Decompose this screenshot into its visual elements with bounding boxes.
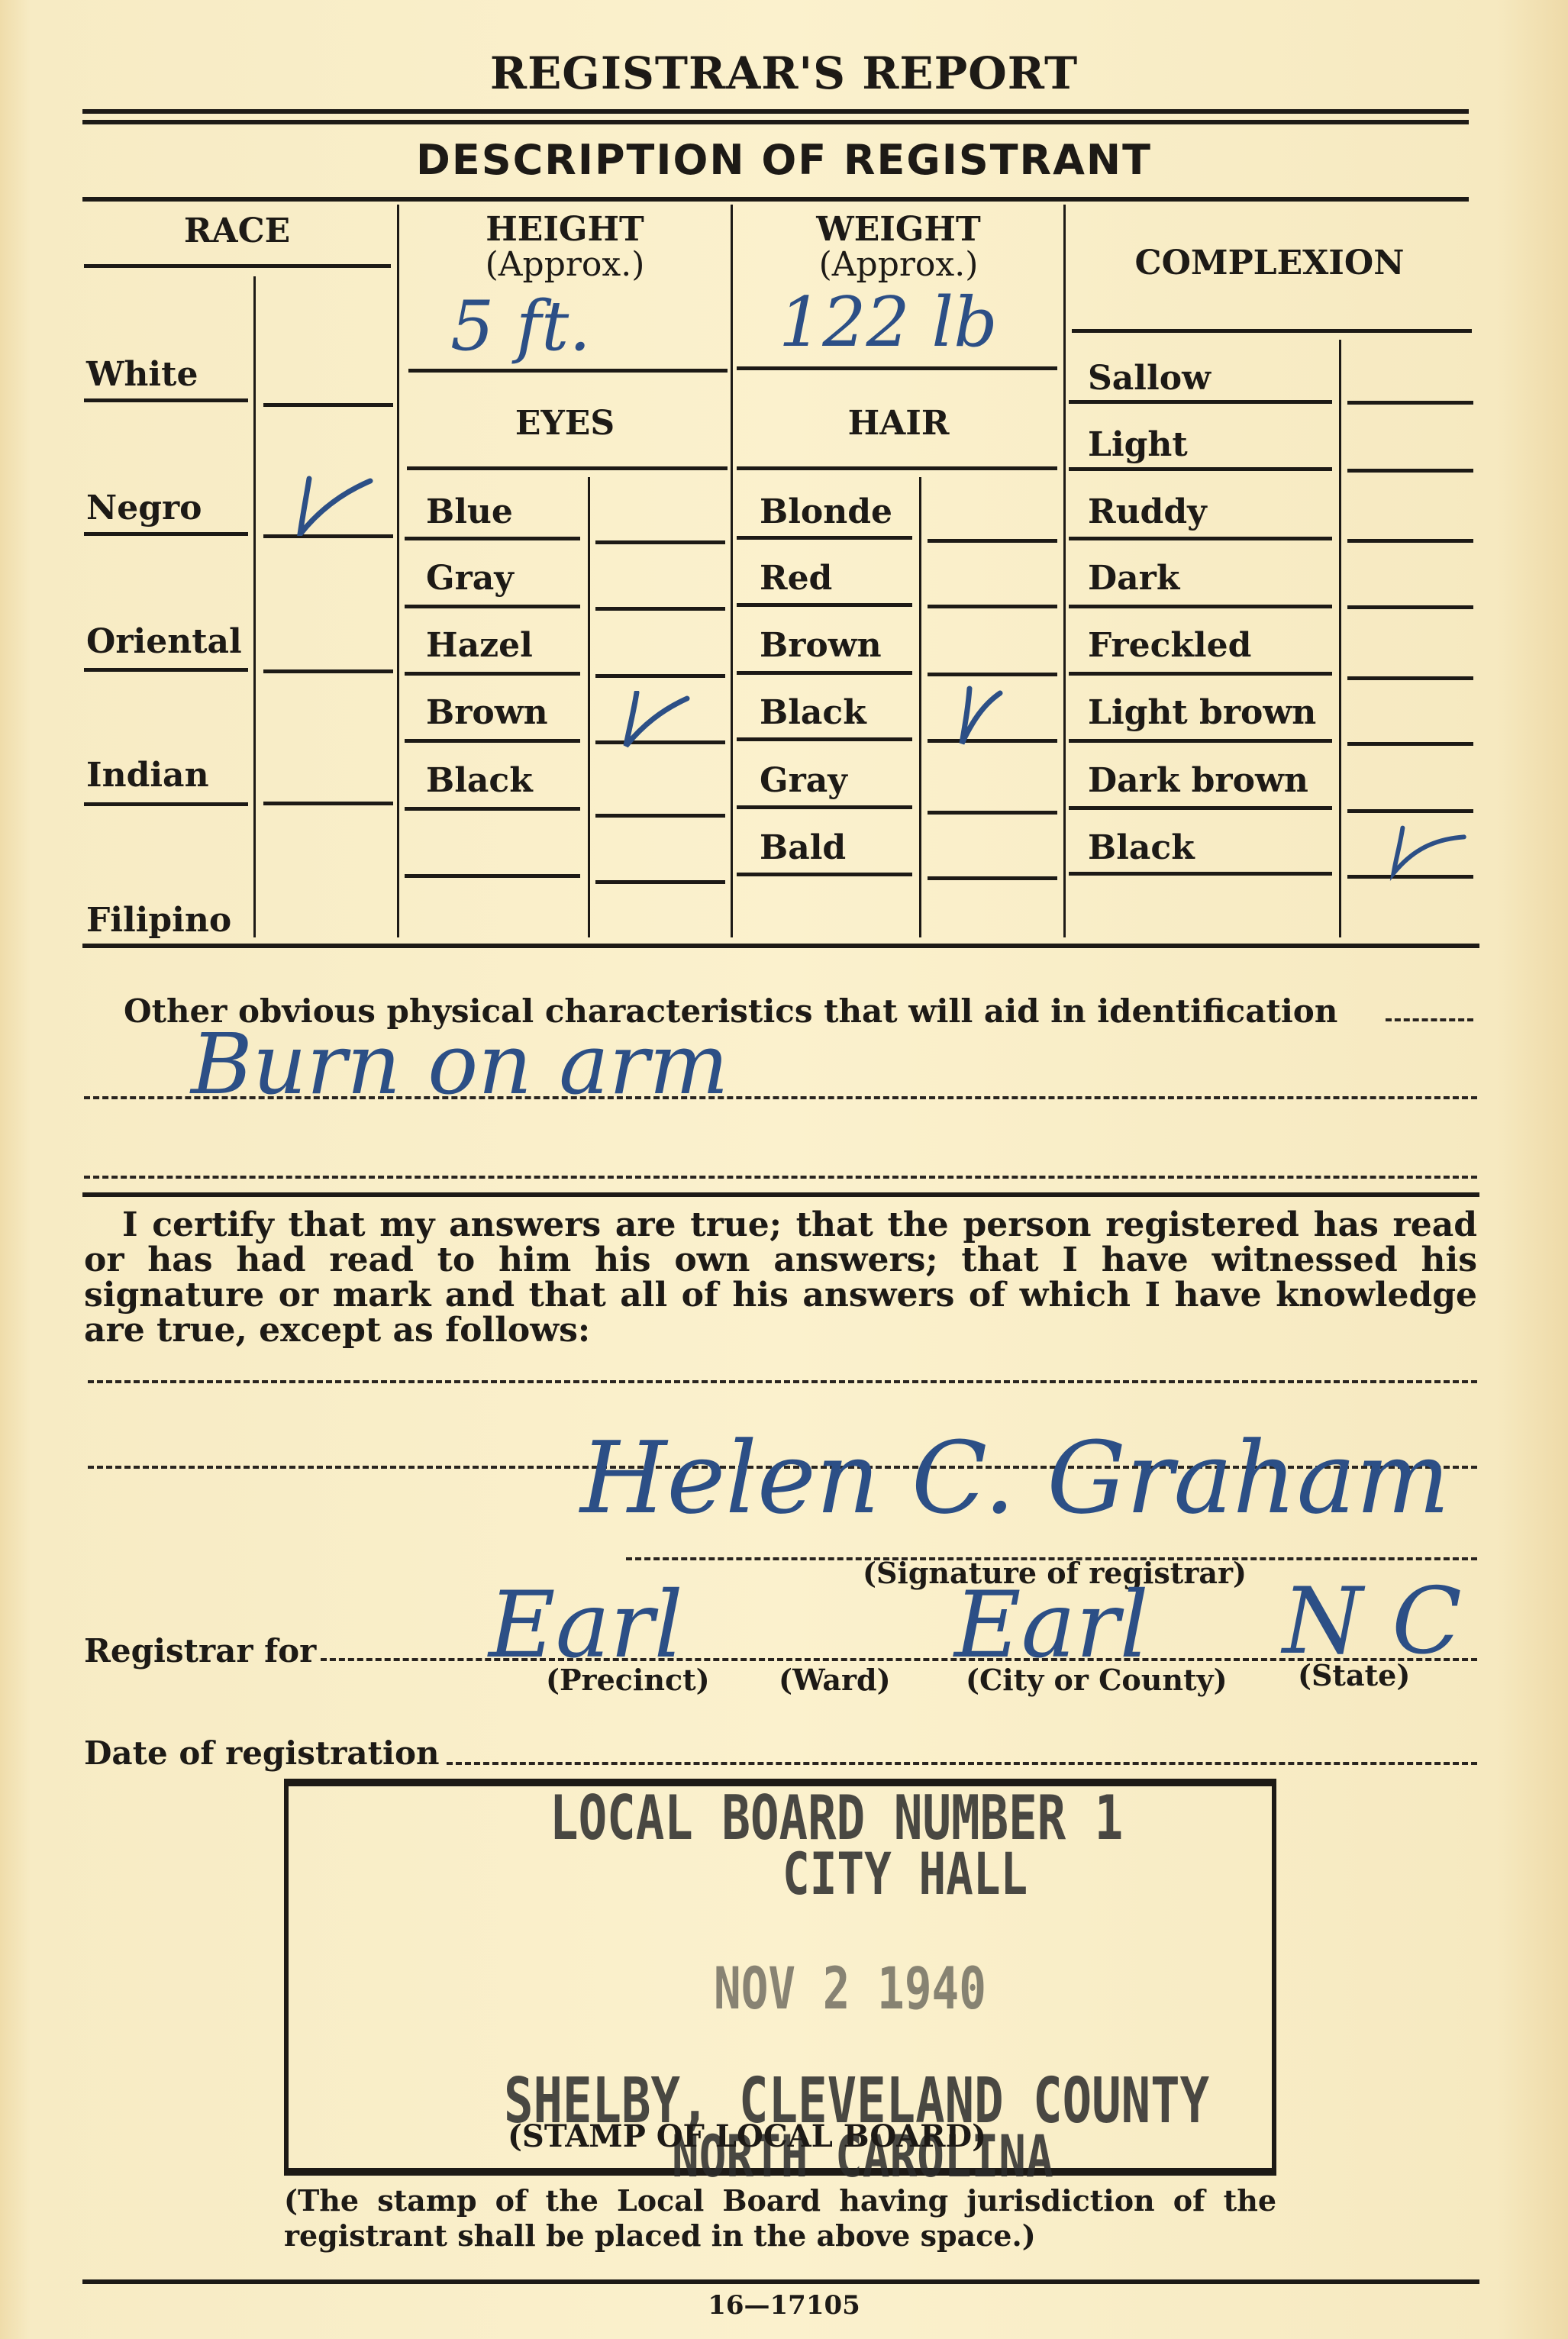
stamp-note: (The stamp of the Local Board having jur… <box>284 2183 1276 2254</box>
hair-header: HAIR <box>734 406 1063 441</box>
precinct-caption: (Precinct) <box>546 1663 710 1697</box>
hair-rule-bald <box>737 873 912 876</box>
hair-option-blonde: Blonde <box>760 492 892 531</box>
eyes-option-hazel: Hazel <box>426 626 533 665</box>
weight-value: 122 lb <box>779 282 998 363</box>
eyes-option-brown: Brown <box>426 693 548 732</box>
complexion-option-ruddy: Ruddy <box>1088 492 1207 531</box>
hair-check-line-blonde <box>928 539 1057 543</box>
city-caption: (City or County) <box>966 1663 1228 1697</box>
race-option-filipino: Filipino <box>86 901 231 940</box>
height-approx-label: (Approx.) <box>401 247 729 282</box>
hair-rule-brown <box>737 671 912 675</box>
complexion-option-light-brown: Light brown <box>1088 693 1316 732</box>
race-option-white: White <box>86 355 198 394</box>
complexion-option-light: Light <box>1088 425 1188 464</box>
report-title: REGISTRAR'S REPORT <box>0 47 1568 99</box>
complexion-check-line-dark-brown <box>1347 809 1473 813</box>
eyes-rule-hazel <box>405 672 580 676</box>
race-check-line-white <box>263 403 393 407</box>
race-option-oriental: Oriental <box>86 622 242 661</box>
eyes-check-line-blank <box>595 880 725 884</box>
hair-rule-black <box>737 737 912 741</box>
race-rule-white <box>84 398 248 402</box>
eyes-check-line-blue <box>595 540 725 544</box>
title-double-rule-top <box>82 109 1469 114</box>
race-check-divider <box>253 276 256 937</box>
race-option-negro: Negro <box>86 489 202 527</box>
complexion-check-line-light-brown <box>1347 742 1473 746</box>
race-check-line-indian <box>263 802 393 805</box>
eyes-rule-gray <box>405 605 580 608</box>
complexion-rule-black <box>1069 872 1332 876</box>
divider-weight-complexion <box>1063 205 1066 937</box>
footer-rule <box>82 2279 1479 2284</box>
height-label: HEIGHT <box>401 212 729 247</box>
complexion-option-dark-brown: Dark brown <box>1088 761 1308 800</box>
table-top-rule <box>82 197 1469 202</box>
race-checkmark-icon <box>294 475 378 536</box>
hair-check-line-red <box>928 605 1057 608</box>
hair-header-rule <box>737 466 1057 470</box>
complexion-rule-light-brown <box>1069 739 1332 743</box>
height-value: 5 ft. <box>450 286 591 366</box>
date-of-registration-label: Date of registration <box>84 1734 440 1772</box>
eyes-checkmark-icon <box>620 691 704 752</box>
certification-text: I certify that my answers are true; that… <box>84 1208 1477 1348</box>
complexion-header-rule <box>1072 329 1472 333</box>
complexion-rule-freckled <box>1069 672 1332 676</box>
complexion-check-line-sallow <box>1347 401 1473 405</box>
eyes-rule-black <box>405 807 580 811</box>
hair-option-bald: Bald <box>760 828 846 867</box>
height-header: HEIGHT (Approx.) <box>401 212 729 282</box>
complexion-header: COMPLEXION <box>1067 246 1472 281</box>
hair-option-black: Black <box>760 693 866 732</box>
hair-option-gray: Gray <box>760 761 847 800</box>
eyes-check-line-hazel <box>595 674 725 678</box>
complexion-option-dark: Dark <box>1088 559 1179 598</box>
weight-header: WEIGHT (Approx.) <box>734 212 1063 282</box>
form-number: 16—17105 <box>0 2290 1568 2321</box>
stamp-line-city-hall: CITY HALL <box>782 1840 1028 1908</box>
race-header: RACE <box>82 214 392 249</box>
race-option-indian: Indian <box>86 756 209 795</box>
eyes-check-line-black <box>595 814 725 818</box>
complexion-rule-dark-brown <box>1069 806 1332 810</box>
complexion-check-line-ruddy <box>1347 539 1473 543</box>
complexion-option-sallow: Sallow <box>1088 359 1211 398</box>
race-rule-indian <box>84 802 248 806</box>
complexion-rule-dark <box>1069 605 1332 608</box>
eyes-check-divider <box>588 477 590 937</box>
eyes-check-line-gray <box>595 607 725 611</box>
eyes-option-blue: Blue <box>426 492 513 531</box>
weight-approx-label: (Approx.) <box>734 247 1063 282</box>
race-header-rule <box>84 264 391 268</box>
divider-race-height <box>397 205 399 937</box>
hair-rule-red <box>737 603 912 607</box>
table-bottom-rule <box>82 944 1479 948</box>
hair-rule-gray <box>737 805 912 809</box>
hair-check-divider <box>919 477 921 937</box>
hair-check-line-bald <box>928 876 1057 880</box>
complexion-check-line-dark <box>1347 605 1473 609</box>
complexion-rule-ruddy <box>1069 537 1332 540</box>
characteristics-bottom-rule <box>82 1192 1479 1197</box>
registrar-for-label: Registrar for <box>84 1632 316 1670</box>
title-double-rule-bottom <box>82 120 1469 124</box>
eyes-rule-brown <box>405 739 580 743</box>
eyes-rule-blank <box>405 874 580 878</box>
stamp-date: NOV 2 1940 <box>714 1954 986 2022</box>
race-check-line-oriental <box>263 669 393 673</box>
section-title: DESCRIPTION OF REGISTRANT <box>0 136 1568 184</box>
weight-value-rule <box>737 366 1057 370</box>
stamp-caption: (STAMP OF LOCAL BOARD) <box>508 2118 986 2154</box>
hair-checkmark-icon <box>953 686 1037 747</box>
complexion-check-line-freckled <box>1347 676 1473 680</box>
complexion-checkmark-icon <box>1383 821 1467 882</box>
eyes-header-rule <box>407 466 728 470</box>
state-caption: (State) <box>1298 1658 1410 1692</box>
date-of-registration-line[interactable] <box>447 1762 1477 1765</box>
eyes-option-black: Black <box>426 761 533 800</box>
complexion-option-black: Black <box>1088 828 1195 867</box>
eyes-header: EYES <box>401 406 729 441</box>
ward-caption: (Ward) <box>779 1663 891 1697</box>
complexion-check-divider <box>1339 340 1341 937</box>
race-rule-negro <box>84 532 248 536</box>
complexion-option-freckled: Freckled <box>1088 626 1251 665</box>
race-rule-oriental <box>84 668 248 672</box>
complexion-check-line-light <box>1347 469 1473 473</box>
eyes-option-gray: Gray <box>426 559 514 598</box>
characteristics-line-1 <box>84 1096 1477 1099</box>
hair-check-line-brown <box>928 673 1057 676</box>
characteristics-line-2 <box>84 1176 1477 1179</box>
hair-option-brown: Brown <box>760 626 882 665</box>
complexion-rule-light <box>1069 467 1332 471</box>
characteristics-label-leader <box>1386 1018 1473 1021</box>
height-value-rule <box>408 369 728 373</box>
hair-option-red: Red <box>760 559 832 598</box>
complexion-rule-sallow <box>1069 400 1332 404</box>
exceptions-line-1 <box>88 1380 1477 1383</box>
registrar-signature[interactable]: Helen C. Graham <box>580 1420 1450 1536</box>
weight-label: WEIGHT <box>734 212 1063 247</box>
eyes-rule-blue <box>405 537 580 540</box>
divider-height-weight <box>731 205 733 937</box>
hair-check-line-gray <box>928 811 1057 815</box>
hair-rule-blonde <box>737 536 912 540</box>
